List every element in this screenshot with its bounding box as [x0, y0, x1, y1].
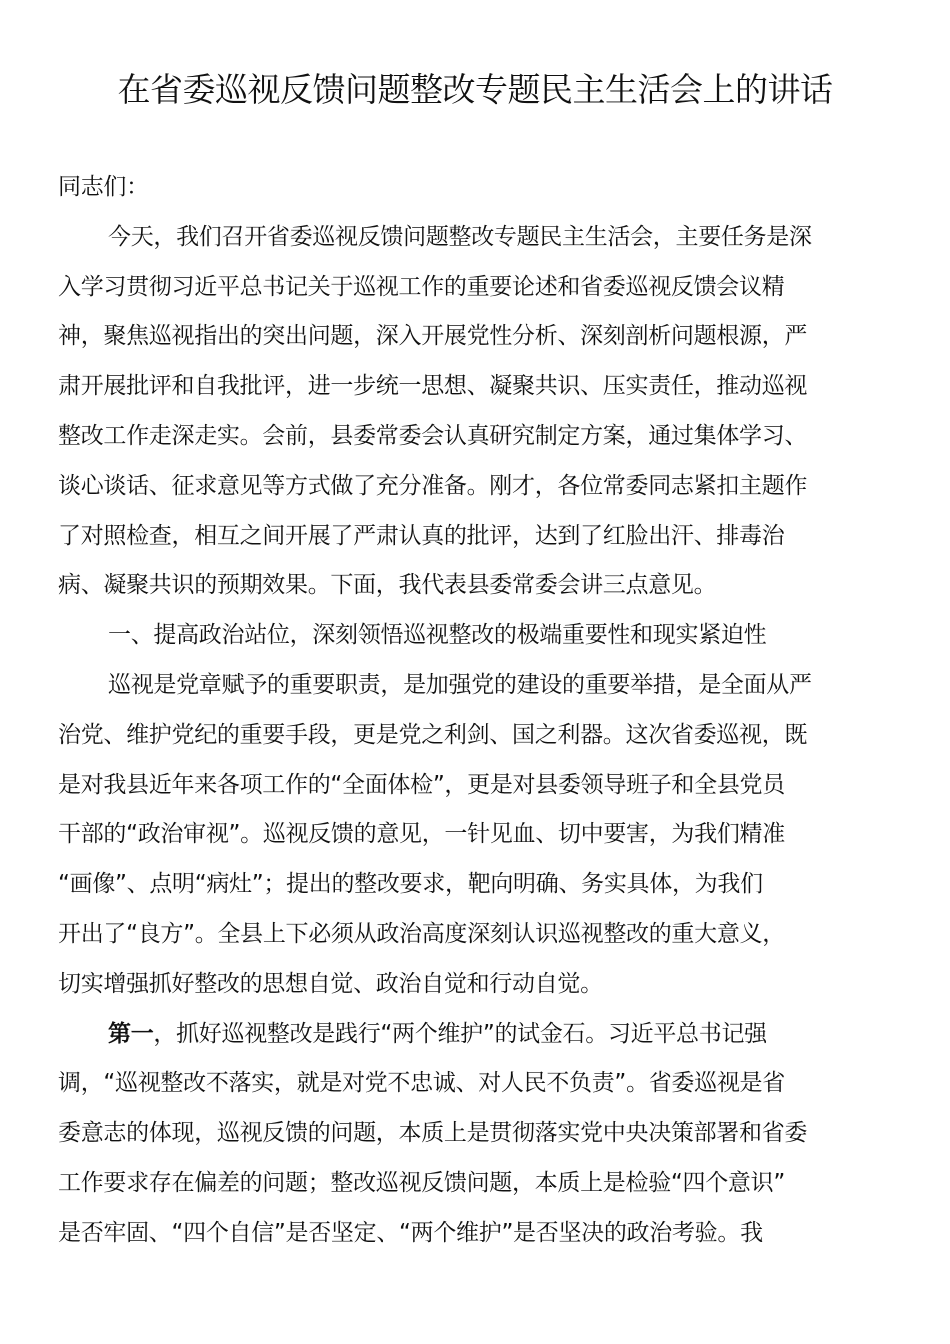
paragraph-line: “画像”、点明“病灶”；提出的整改要求，靶向明确、务实具体，为我们 — [58, 860, 878, 910]
paragraph-line: 今天，我们召开省委巡视反馈问题整改专题民主生活会，主要任务是深 — [58, 213, 878, 263]
section-heading: 一、提高政治站位，深刻领悟巡视整改的极端重要性和现实紧迫性 — [58, 611, 878, 661]
paragraph-line: 神，聚焦巡视指出的突出问题，深入开展党性分析、深刻剖析问题根源，严 — [58, 312, 878, 362]
salutation: 同志们： — [58, 163, 878, 213]
point-text: ，抓好巡视整改是践行“两个维护”的试金石。习近平总书记强 — [153, 1021, 766, 1047]
paragraph-line: 是对我县近年来各项工作的“全面体检”，更是对县委领导班子和全县党员 — [58, 761, 878, 811]
paragraph-line: 是否牢固、“四个自信”是否坚定、“两个维护”是否坚决的政治考验。我 — [58, 1209, 878, 1259]
point-first-line: 第一，抓好巡视整改是践行“两个维护”的试金石。习近平总书记强 — [58, 1010, 878, 1060]
paragraph-line: 调，“巡视整改不落实，就是对党不忠诚、对人民不负责”。省委巡视是省 — [58, 1059, 878, 1109]
document-body: 同志们： 今天，我们召开省委巡视反馈问题整改专题民主生活会，主要任务是深 入学习… — [58, 163, 878, 1259]
point-label: 第一 — [108, 1021, 153, 1047]
paragraph-line: 病、凝聚共识的预期效果。下面，我代表县委常委会讲三点意见。 — [58, 561, 878, 611]
paragraph-line: 切实增强抓好整改的思想自觉、政治自觉和行动自觉。 — [58, 960, 878, 1010]
paragraph-line: 工作要求存在偏差的问题；整改巡视反馈问题，本质上是检验“四个意识” — [58, 1159, 878, 1209]
paragraph-line: 肃开展批评和自我批评，进一步统一思想、凝聚共识、压实责任，推动巡视 — [58, 362, 878, 412]
paragraph-line: 了对照检查，相互之间开展了严肃认真的批评，达到了红脸出汗、排毒治 — [58, 512, 878, 562]
paragraph-line: 干部的“政治审视”。巡视反馈的意见，一针见血、切中要害，为我们精准 — [58, 810, 878, 860]
paragraph-line: 入学习贯彻习近平总书记关于巡视工作的重要论述和省委巡视反馈会议精 — [58, 263, 878, 313]
paragraph-line: 整改工作走深走实。会前，县委常委会认真研究制定方案，通过集体学习、 — [58, 412, 878, 462]
paragraph-line: 巡视是党章赋予的重要职责，是加强党的建设的重要举措，是全面从严 — [58, 661, 878, 711]
paragraph-line: 治党、维护党纪的重要手段，更是党之利剑、国之利器。这次省委巡视，既 — [58, 711, 878, 761]
paragraph-line: 谈心谈话、征求意见等方式做了充分准备。刚才，各位常委同志紧扣主题作 — [58, 462, 878, 512]
paragraph-line: 开出了“良方”。全县上下必须从政治高度深刻认识巡视整改的重大意义， — [58, 910, 878, 960]
document-title: 在省委巡视反馈问题整改专题民主生活会上的讲话 — [0, 66, 950, 114]
paragraph-line: 委意志的体现，巡视反馈的问题，本质上是贯彻落实党中央决策部署和省委 — [58, 1109, 878, 1159]
